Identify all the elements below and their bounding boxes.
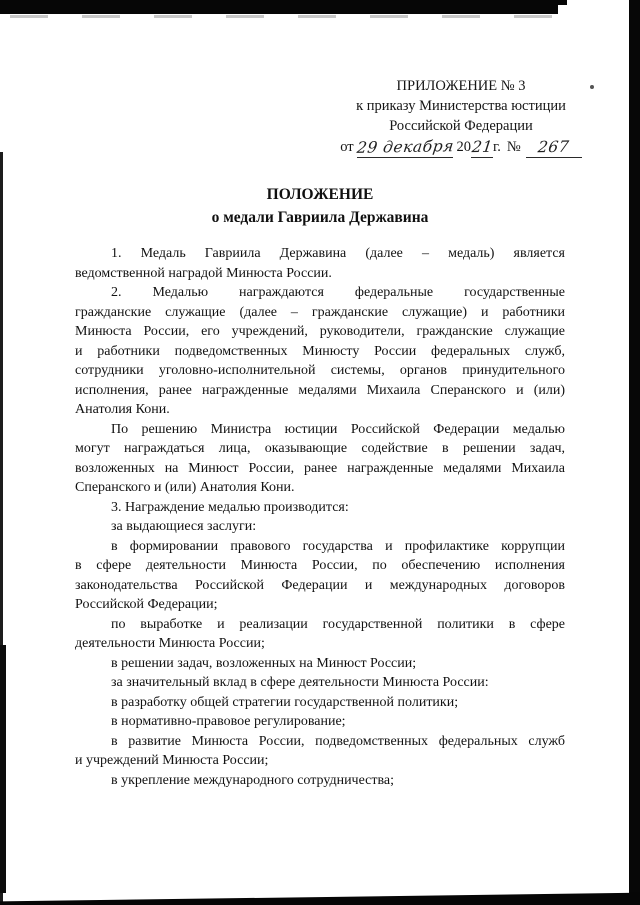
handwritten-year-slot: 21 <box>471 139 493 158</box>
text-line: ведомственной наградой Минюста России. <box>75 264 565 284</box>
text-line: по выработке и реализации государственно… <box>75 615 565 635</box>
order-reference-line2: Российской Федерации <box>330 116 592 136</box>
text-line: гражданские служащие (далее – граждански… <box>75 303 565 323</box>
text-line: 3. Награждение медалью производится: <box>75 498 565 518</box>
text-line: в разработку общей стратегии государстве… <box>75 693 565 713</box>
paragraph: 2. Медалью награждаются федеральные госу… <box>75 283 565 420</box>
paragraph: за выдающиеся заслуги: <box>75 517 565 537</box>
text-line: 2. Медалью награждаются федеральные госу… <box>75 283 565 303</box>
document-body: 1. Медаль Гавриила Державина (далее – ме… <box>75 244 565 790</box>
scanned-document-page: ПРИЛОЖЕНИЕ № 3 к приказу Министерства юс… <box>0 0 640 905</box>
text-line: возложенных на Минюст России, ранее нагр… <box>75 459 565 479</box>
paragraph: в решении задач, возложенных на Минюст Р… <box>75 654 565 674</box>
handwritten-day-month-slot: 29 декабря <box>357 139 454 158</box>
text-line: в формировании правового государства и п… <box>75 537 565 557</box>
text-line: Сперанского и (или) Анатолия Кони. <box>75 478 565 498</box>
text-line: в решении задач, возложенных на Минюст Р… <box>75 654 565 674</box>
text-line: в сфере деятельности Минюста России, по … <box>75 556 565 576</box>
paragraph: 3. Награждение медалью производится: <box>75 498 565 518</box>
paragraph: в укрепление международного сотрудничест… <box>75 771 565 791</box>
number-sign: № <box>507 137 521 158</box>
handwritten-day-month: 29 декабря <box>355 138 454 157</box>
text-line: в укрепление международного сотрудничест… <box>75 771 565 791</box>
text-line: Минюста России, его учреждений, руководи… <box>75 322 565 342</box>
year-century-printed: 20 <box>456 137 471 158</box>
text-line: Российской Федерации; <box>75 595 565 615</box>
year-unit: г. <box>493 137 501 158</box>
text-line: сотрудники уголовно-исполнительной систе… <box>75 361 565 381</box>
document-title: ПОЛОЖЕНИЕ о медали Гавриила Державина <box>75 183 565 229</box>
text-line: и учреждений Минюста России; <box>75 751 565 771</box>
scan-edge-top-dashes <box>10 15 555 18</box>
appendix-number-line: ПРИЛОЖЕНИЕ № 3 <box>330 76 592 96</box>
handwritten-year: 21 <box>471 139 494 156</box>
handwritten-order-number: 267 <box>537 139 570 157</box>
text-line: исполнения, ранее награжденные медалями … <box>75 381 565 401</box>
date-prefix: от <box>340 137 353 158</box>
scan-edge-left-bottom <box>0 645 6 893</box>
text-line: 1. Медаль Гавриила Державина (далее – ме… <box>75 244 565 264</box>
scan-edge-right <box>629 0 640 905</box>
scan-edge-top-nub <box>557 0 567 5</box>
text-line: законодательства Российской Федерации и … <box>75 576 565 596</box>
paragraph: в развитие Минюста России, подведомствен… <box>75 732 565 771</box>
order-reference-line1: к приказу Министерства юстиции <box>330 96 592 116</box>
paragraph: По решению Министра юстиции Российской Ф… <box>75 420 565 498</box>
text-line: могут награждаться лица, оказывающие сод… <box>75 439 565 459</box>
paragraph: за значительный вклад в сфере деятельнос… <box>75 673 565 693</box>
paragraph: в формировании правового государства и п… <box>75 537 565 615</box>
paragraph: в разработку общей стратегии государстве… <box>75 693 565 713</box>
text-line: Анатолия Кони. <box>75 400 565 420</box>
text-line: По решению Министра юстиции Российской Ф… <box>75 420 565 440</box>
scan-edge-bottom <box>0 890 640 905</box>
text-line: за значительный вклад в сфере деятельнос… <box>75 673 565 693</box>
order-date-line: от 29 декабря 20 21 г. № 267 <box>330 137 592 158</box>
title-line2: о медали Гавриила Державина <box>75 206 565 229</box>
paragraph: 1. Медаль Гавриила Державина (далее – ме… <box>75 244 565 283</box>
title-line1: ПОЛОЖЕНИЕ <box>75 183 565 206</box>
text-line: деятельности Минюста России; <box>75 634 565 654</box>
paragraph: по выработке и реализации государственно… <box>75 615 565 654</box>
paragraph: в нормативно-правовое регулирование; <box>75 712 565 732</box>
handwritten-order-number-slot: 267 <box>526 139 582 158</box>
document-header: ПРИЛОЖЕНИЕ № 3 к приказу Министерства юс… <box>330 76 592 158</box>
text-line: и работники подведомственных Минюсту Рос… <box>75 342 565 362</box>
text-line: за выдающиеся заслуги: <box>75 517 565 537</box>
text-line: в нормативно-правовое регулирование; <box>75 712 565 732</box>
scan-edge-top <box>0 0 558 14</box>
text-line: в развитие Минюста России, подведомствен… <box>75 732 565 752</box>
